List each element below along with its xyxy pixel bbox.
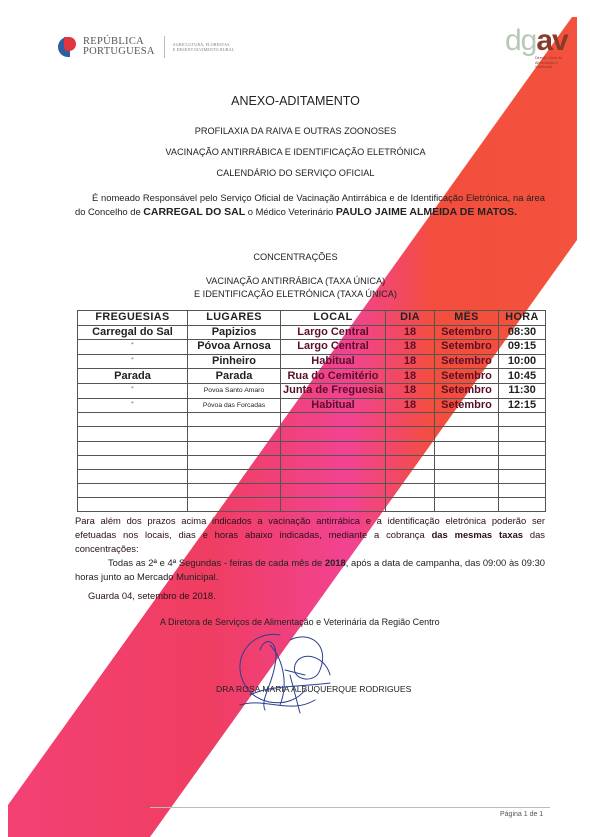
- cell-empty: [499, 441, 546, 455]
- col-hora: HORA: [499, 311, 546, 326]
- cell-empty: [386, 455, 435, 469]
- cell-dia: 18: [386, 340, 435, 355]
- cell-hora: 10:00: [499, 354, 546, 369]
- cell-empty: [281, 413, 386, 427]
- cell-lugar: Póvoa Arnosa: [188, 340, 281, 355]
- cell-empty: [281, 498, 386, 512]
- cell-empty: [78, 455, 188, 469]
- cell-mes: Setembro: [435, 354, 499, 369]
- cell-empty: [386, 469, 435, 483]
- col-lugares: LUGARES: [188, 311, 281, 326]
- footer-divider: [150, 807, 550, 808]
- dgav-logo: dgav Direção Geral de Alimentação e Vete…: [505, 28, 568, 54]
- cell-freguesia: “: [78, 383, 188, 398]
- table-row: ParadaParadaRua do Cemitério18Setembro10…: [78, 369, 546, 384]
- cell-empty: [78, 441, 188, 455]
- cell-empty: [386, 484, 435, 498]
- dgav-subtitle: Direção Geral de Alimentação e Veterinár…: [535, 56, 569, 70]
- cell-empty: [386, 441, 435, 455]
- cell-mes: Setembro: [435, 383, 499, 398]
- cell-mes: Setembro: [435, 340, 499, 355]
- cell-dia: 18: [386, 383, 435, 398]
- cell-empty: [435, 427, 499, 441]
- veterinarian-name: PAULO JAIME ALMEIDA DE MATOS.: [336, 206, 517, 218]
- col-dia: DIA: [386, 311, 435, 326]
- cell-dia: 18: [386, 369, 435, 384]
- dgav-bold: av: [536, 24, 567, 57]
- concentracoes-heading: CONCENTRAÇÕES: [0, 252, 591, 262]
- cell-dia: 18: [386, 325, 435, 340]
- cell-empty: [499, 427, 546, 441]
- cell-lugar: Povoa Santo Amaro: [188, 383, 281, 398]
- cell-lugar: Parada: [188, 369, 281, 384]
- cell-empty: [78, 413, 188, 427]
- cell-lugar: Póvoa das Forcadas: [188, 398, 281, 413]
- cell-empty: [499, 484, 546, 498]
- cell-empty: [435, 469, 499, 483]
- cell-freguesia: “: [78, 354, 188, 369]
- cell-empty: [281, 484, 386, 498]
- cell-empty: [281, 427, 386, 441]
- cell-empty: [386, 498, 435, 512]
- cell-empty: [435, 484, 499, 498]
- cell-empty: [78, 484, 188, 498]
- cell-empty: [281, 441, 386, 455]
- cell-empty: [435, 498, 499, 512]
- table-row-empty: [78, 413, 546, 427]
- cell-empty: [281, 455, 386, 469]
- col-local: LOCAL: [281, 311, 386, 326]
- cell-local: Junta de Freguesia: [281, 383, 386, 398]
- subtitle-vacinacao: VACINAÇÃO ANTIRRÁBICA E IDENTIFICAÇÃO EL…: [0, 147, 591, 157]
- table-row-empty: [78, 455, 546, 469]
- concelho-name: CARREGAL DO SAL: [143, 206, 245, 218]
- logo-line-2: PORTUGUESA: [83, 47, 155, 57]
- cell-empty: [188, 413, 281, 427]
- monthly-schedule-paragraph: Todas as 2ª e 4ª Segundas - feiras de ca…: [75, 556, 545, 584]
- taxa-line-2: E IDENTIFICAÇÃO ELETRÓNICA (TAXA ÚNICA): [0, 289, 591, 299]
- cell-mes: Setembro: [435, 398, 499, 413]
- table-header-row: FREGUESIAS LUGARES LOCAL DIA MÊS HORA: [78, 311, 546, 326]
- subtitle-calendario: CALENDÁRIO DO SERVIÇO OFICIAL: [0, 168, 591, 178]
- cell-empty: [499, 455, 546, 469]
- table-row: Carregal do SalPapiziosLargo Central18Se…: [78, 325, 546, 340]
- cell-empty: [435, 413, 499, 427]
- place-and-date: Guarda 04, setembro de 2018.: [88, 590, 216, 601]
- cell-hora: 11:30: [499, 383, 546, 398]
- intro-paragraph: É nomeado Responsável pelo Serviço Ofici…: [75, 191, 545, 219]
- table-row: “Povoa Santo AmaroJunta de Freguesia18Se…: [78, 383, 546, 398]
- cell-empty: [78, 427, 188, 441]
- cell-empty: [435, 455, 499, 469]
- logo-divider: [164, 36, 165, 58]
- cell-empty: [78, 498, 188, 512]
- cell-local: Habitual: [281, 398, 386, 413]
- cell-empty: [188, 498, 281, 512]
- col-freguesias: FREGUESIAS: [78, 311, 188, 326]
- table-row-empty: [78, 498, 546, 512]
- cell-dia: 18: [386, 398, 435, 413]
- cell-freguesia: “: [78, 340, 188, 355]
- handwritten-signature: [220, 625, 350, 720]
- table-row-empty: [78, 469, 546, 483]
- cell-hora: 10:45: [499, 369, 546, 384]
- document-title: ANEXO-ADITAMENTO: [0, 94, 591, 108]
- cell-empty: [188, 427, 281, 441]
- cell-empty: [386, 413, 435, 427]
- republica-portuguesa-logo: REPÚBLICA PORTUGUESA AGRICULTURA, FLORES…: [58, 36, 235, 58]
- table-row-empty: [78, 484, 546, 498]
- cell-freguesia: Parada: [78, 369, 188, 384]
- cell-hora: 08:30: [499, 325, 546, 340]
- cell-lugar: Pinheiro: [188, 354, 281, 369]
- cell-empty: [499, 469, 546, 483]
- cell-dia: 18: [386, 354, 435, 369]
- cell-empty: [188, 484, 281, 498]
- cell-empty: [188, 469, 281, 483]
- cell-local: Rua do Cemitério: [281, 369, 386, 384]
- cell-hora: 12:15: [499, 398, 546, 413]
- page-number: Página 1 de 1: [500, 811, 543, 818]
- cell-local: Largo Central: [281, 340, 386, 355]
- table-row-empty: [78, 441, 546, 455]
- table-row-empty: [78, 427, 546, 441]
- cell-local: Largo Central: [281, 325, 386, 340]
- cell-empty: [499, 413, 546, 427]
- cell-lugar: Papizios: [188, 325, 281, 340]
- col-mes: MÊS: [435, 311, 499, 326]
- cell-empty: [499, 498, 546, 512]
- cell-local: Habitual: [281, 354, 386, 369]
- cell-empty: [78, 469, 188, 483]
- additional-info-paragraph: Para além dos prazos acima indicados a v…: [75, 514, 545, 556]
- cell-empty: [435, 441, 499, 455]
- republic-emblem-icon: [58, 37, 78, 57]
- cell-empty: [281, 469, 386, 483]
- cell-mes: Setembro: [435, 325, 499, 340]
- cell-empty: [188, 441, 281, 455]
- document-page: REPÚBLICA PORTUGUESA AGRICULTURA, FLORES…: [0, 0, 591, 837]
- cell-hora: 09:15: [499, 340, 546, 355]
- table-row: “PinheiroHabitual18Setembro10:00: [78, 354, 546, 369]
- cell-mes: Setembro: [435, 369, 499, 384]
- cell-empty: [386, 427, 435, 441]
- cell-empty: [188, 455, 281, 469]
- table-row: “Póvoa das ForcadasHabitual18Setembro12:…: [78, 398, 546, 413]
- cell-freguesia: “: [78, 398, 188, 413]
- cell-freguesia: Carregal do Sal: [78, 325, 188, 340]
- dgav-light: dg: [505, 24, 536, 57]
- taxa-line-1: VACINAÇÃO ANTIRRÁBICA (TAXA ÚNICA): [0, 276, 591, 286]
- subtitle-profilaxia: PROFILAXIA DA RAIVA E OUTRAS ZOONOSES: [0, 126, 591, 136]
- table-row: “Póvoa ArnosaLargo Central18Setembro09:1…: [78, 340, 546, 355]
- schedule-table: FREGUESIAS LUGARES LOCAL DIA MÊS HORA Ca…: [77, 310, 546, 512]
- ministry-line-2: E DESENVOLVIMENTO RURAL: [173, 47, 235, 52]
